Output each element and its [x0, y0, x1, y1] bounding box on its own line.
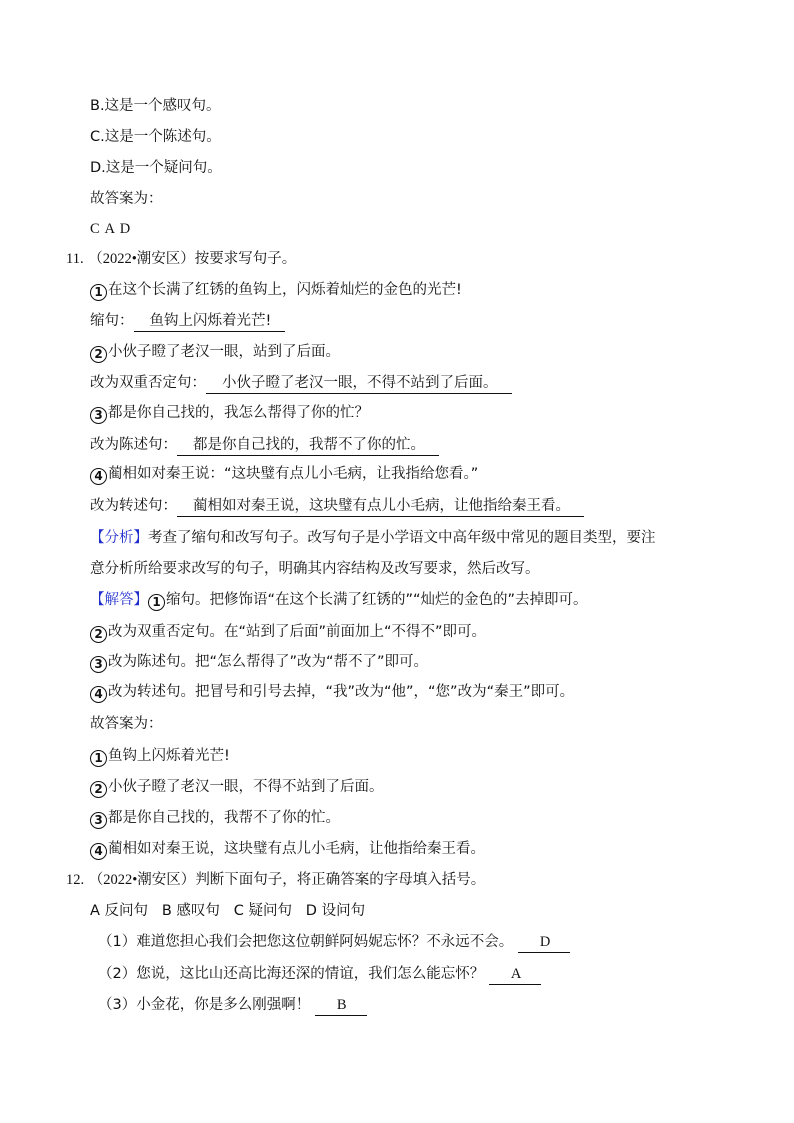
- answer-blank: 鱼钩上闪烁着光芒!: [134, 311, 286, 332]
- item-index: （2）: [98, 966, 136, 982]
- answer-text: 蔺相如对秦王说，这块璧有点儿小毛病，让他指给秦王看。: [108, 841, 485, 857]
- answer-blank: 小伙子瞪了老汉一眼，不得不站到了后面。: [206, 373, 512, 394]
- item-index: （3）: [98, 997, 136, 1013]
- q11-item-2-sentence: 2小伙子瞪了老汉一眼，站到了后面。: [90, 340, 340, 364]
- answer-blank: B: [315, 995, 367, 1016]
- q11-answer-3: 3都是你自己找的，我帮不了你的忙。: [90, 806, 340, 830]
- analysis-line-2: 意分析所给要求改写的句子，明确其内容结构及改写要求，然后改写。: [90, 557, 540, 581]
- q11-answer-1: 1鱼钩上闪烁着光芒!: [90, 744, 230, 768]
- question-prompt: 判断下面句子，将正确答案的字母填入括号。: [195, 872, 485, 888]
- sentence-text: 都是你自己找的，我怎么帮得了你的忙？: [108, 405, 369, 421]
- circled-number-icon: 4: [90, 468, 107, 485]
- answer-text: 都是你自己找的，我帮不了你的忙。: [108, 810, 340, 826]
- q11-item-3-task: 改为陈述句：都是你自己找的，我帮不了你的忙。: [90, 433, 439, 457]
- solution-text: 改为双重否定句。在“站到了后面”前面加上“不得不”即可。: [108, 624, 486, 640]
- q11-item-3-sentence: 3都是你自己找的，我怎么帮得了你的忙？: [90, 401, 369, 425]
- question-prompt: 按要求写句子。: [195, 251, 297, 267]
- q12-item-1: （1）难道您担心我们会把您这位朝鲜阿妈妮忘怀？不永远不会。 D: [98, 930, 570, 954]
- option-c: C.这是一个陈述句。: [90, 125, 221, 149]
- circled-number-icon: 2: [90, 626, 107, 643]
- answer-blank: D: [518, 932, 570, 953]
- item-text: 难道您担心我们会把您这位朝鲜阿妈妮忘怀？不永远不会。: [136, 934, 513, 950]
- circled-number-icon: 3: [90, 812, 107, 829]
- circled-number-icon: 1: [90, 284, 107, 301]
- q11-answer-2: 2小伙子瞪了老汉一眼，不得不站到了后面。: [90, 775, 384, 799]
- task-label: 改为转述句：: [90, 498, 177, 514]
- question-12-header: 12. （2022•潮安区）判断下面句子，将正确答案的字母填入括号。: [66, 868, 485, 892]
- circled-number-icon: 2: [90, 346, 107, 363]
- circled-number-icon: 3: [90, 656, 107, 673]
- q11-item-1-task: 缩句：鱼钩上闪烁着光芒!: [90, 309, 285, 333]
- q11-answer-4: 4蔺相如对秦王说，这块璧有点儿小毛病，让他指给秦王看。: [90, 837, 485, 861]
- item-text: 小金花，你是多么刚强啊！: [136, 997, 310, 1013]
- solution-text: 改为陈述句。把“怎么帮得了”改为“帮不了”即可。: [108, 654, 428, 670]
- solution-tag: 【解答】: [90, 592, 148, 608]
- question-source: （2022•潮安区）: [88, 251, 195, 267]
- sentence-text: 蔺相如对秦王说：“这块璧有点儿小毛病，让我指给您看。”: [108, 466, 478, 482]
- analysis-text: 考查了缩句和改写句子。改写句子是小学语文中高年级中常见的题目类型，要注: [148, 530, 656, 546]
- question-source: （2022•潮安区）: [89, 872, 196, 888]
- answer-label: 故答案为：: [90, 187, 163, 211]
- circled-number-icon: 1: [90, 750, 107, 767]
- q11-item-4-task: 改为转述句：蔺相如对秦王说，这块璧有点儿小毛病，让他指给秦王看。: [90, 494, 584, 518]
- circled-number-icon: 3: [90, 407, 107, 424]
- answer-value: C A D: [90, 217, 131, 241]
- sentence-text: 小伙子瞪了老汉一眼，站到了后面。: [108, 344, 340, 360]
- item-index: （1）: [98, 934, 136, 950]
- q11-item-1-sentence: 1在这个长满了红锈的鱼钩上，闪烁着灿烂的金色的光芒!: [90, 278, 462, 302]
- solution-line-2: 2改为双重否定句。在“站到了后面”前面加上“不得不”即可。: [90, 620, 486, 644]
- answer-blank: A: [489, 964, 541, 985]
- solution-line-4: 4改为转述句。把冒号和引号去掉，“我”改为“他”，“您”改为“秦王”即可。: [90, 680, 574, 704]
- analysis-tag: 【分析】: [90, 530, 148, 546]
- answer-blank: 都是你自己找的，我帮不了你的忙。: [177, 435, 439, 456]
- task-label: 改为双重否定句：: [90, 375, 206, 391]
- analysis-line-1: 【分析】考查了缩句和改写句子。改写句子是小学语文中高年级中常见的题目类型，要注: [90, 526, 656, 550]
- q12-choices: A 反问句 B 感叹句 C 疑问句 D 设问句: [90, 899, 365, 923]
- question-number: 11.: [66, 251, 84, 267]
- answer-text: 鱼钩上闪烁着光芒!: [108, 748, 230, 764]
- task-label: 缩句：: [90, 313, 134, 329]
- circled-number-icon: 4: [90, 686, 107, 703]
- circled-number-icon: 2: [90, 781, 107, 798]
- q12-item-2: （2）您说，这比山还高比海还深的情谊，我们怎么能忘怀？ A: [98, 962, 541, 986]
- item-text: 您说，这比山还高比海还深的情谊，我们怎么能忘怀？: [136, 966, 484, 982]
- solution-text: 改为转述句。把冒号和引号去掉，“我”改为“他”，“您”改为“秦王”即可。: [108, 684, 574, 700]
- solution-line-3: 3改为陈述句。把“怎么帮得了”改为“帮不了”即可。: [90, 650, 428, 674]
- circled-number-icon: 1: [148, 594, 165, 611]
- q12-item-3: （3）小金花，你是多么刚强啊！ B: [98, 993, 367, 1017]
- question-11-header: 11. （2022•潮安区）按要求写句子。: [66, 247, 296, 271]
- option-d: D.这是一个疑问句。: [90, 156, 222, 180]
- solution-text: 缩句。把修饰语“在这个长满了红锈的”“灿烂的金色的”去掉即可。: [166, 592, 588, 608]
- answer-text: 小伙子瞪了老汉一眼，不得不站到了后面。: [108, 779, 384, 795]
- circled-number-icon: 4: [90, 843, 107, 860]
- question-number: 12.: [66, 872, 84, 888]
- sentence-text: 在这个长满了红锈的鱼钩上，闪烁着灿烂的金色的光芒!: [108, 282, 462, 298]
- q11-answer-label: 故答案为：: [90, 712, 163, 736]
- answer-blank: 蔺相如对秦王说，这块璧有点儿小毛病，让他指给秦王看。: [177, 496, 584, 517]
- q11-item-2-task: 改为双重否定句：小伙子瞪了老汉一眼，不得不站到了后面。: [90, 371, 512, 395]
- solution-line-1: 【解答】1缩句。把修饰语“在这个长满了红锈的”“灿烂的金色的”去掉即可。: [90, 588, 588, 612]
- option-b: B.这是一个感叹句。: [90, 94, 221, 118]
- q11-item-4-sentence: 4蔺相如对秦王说：“这块璧有点儿小毛病，让我指给您看。”: [90, 462, 478, 486]
- task-label: 改为陈述句：: [90, 437, 177, 453]
- document-page: B.这是一个感叹句。 C.这是一个陈述句。 D.这是一个疑问句。 故答案为： C…: [0, 0, 794, 1123]
